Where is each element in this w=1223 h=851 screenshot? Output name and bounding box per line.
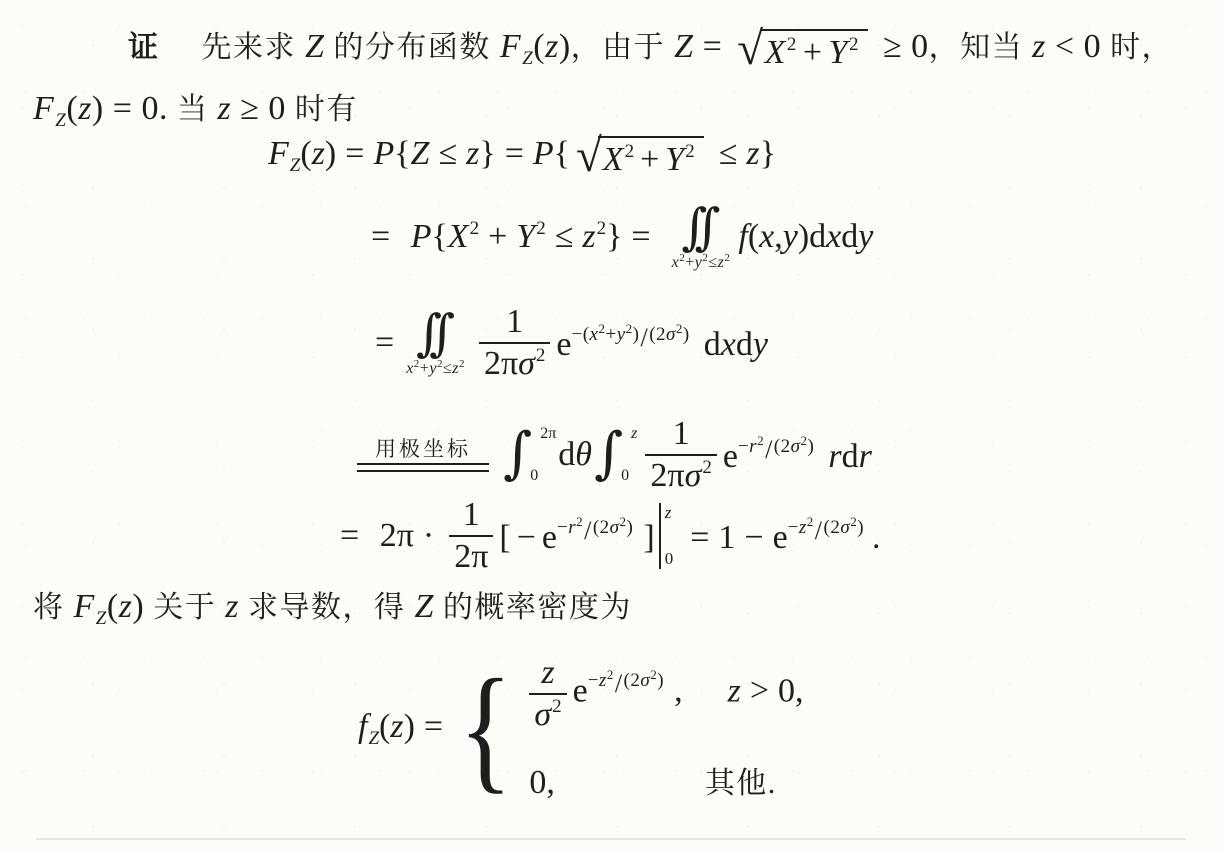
integral-limits: z0 (623, 426, 637, 484)
double-rule (357, 463, 489, 472)
denominator: 2π (449, 535, 493, 575)
tok: P (373, 135, 394, 172)
tok: r (749, 436, 757, 457)
display-equation-5: = 2π· 12π [−e−r2/(2σ2)] z0 =1−e−z2/(2σ2)… (340, 497, 881, 574)
equals-sign: = (340, 517, 359, 554)
tok: 2 (724, 252, 730, 264)
tok: + (605, 324, 616, 345)
tok: Z (368, 728, 379, 749)
equals-sign: = (371, 218, 390, 255)
integral-limits: 2π0 (532, 426, 556, 484)
equals-sign: = (703, 28, 723, 65)
exponent: −r2/(2σ2) (557, 517, 633, 538)
cases-brace: { (459, 673, 513, 785)
text-run: 求导数，得 (239, 591, 415, 624)
text-run: 其他. (705, 767, 777, 800)
denominator: 2πσ2 (645, 454, 716, 494)
tok: z (225, 588, 239, 625)
tok: r (568, 517, 576, 538)
math-run: e−r2/(2σ2)rdr (723, 433, 872, 476)
tok: 2 (576, 514, 583, 529)
display-equation-4: 用极坐标 ∫2π0 dθ ∫z0 12πσ2 e−r2/(2σ2)rdr (357, 416, 872, 493)
tok: } (479, 135, 495, 172)
tok: . (872, 519, 881, 556)
tok: r (828, 438, 841, 475)
integral-symbol: ∫ (503, 429, 532, 479)
tok: } (606, 218, 622, 255)
integral-symbol: ∫ (694, 202, 720, 252)
tok: − (788, 517, 799, 538)
numerator: 1 (501, 304, 528, 342)
tok: Z (305, 28, 324, 65)
tok: f (358, 708, 367, 745)
tok: z (582, 218, 595, 255)
double-integral-symbol: ∫∫ (416, 308, 455, 358)
tok: z (631, 425, 637, 442)
tok: y (429, 360, 437, 377)
double-integral: ∫∫x2+y2≤z2 (672, 202, 731, 272)
tok: , (546, 764, 555, 801)
tok: ( (533, 28, 545, 65)
tok: e (773, 519, 788, 556)
tok: ( (748, 218, 759, 255)
math-run: = (375, 324, 394, 362)
tok: F (74, 588, 95, 625)
tok: ) (132, 588, 144, 625)
text-run: ，由于 (571, 31, 675, 64)
equals-sign: = (690, 519, 709, 556)
tok: 1 (673, 415, 690, 452)
equals-sign: = (505, 135, 524, 172)
fraction: 12π (449, 497, 493, 574)
tok: y (617, 324, 626, 345)
tok: 2 (600, 517, 610, 538)
tok: σ (640, 670, 650, 691)
math-run: =1−e−z2/(2σ2). (681, 514, 880, 557)
tok: 2 (630, 670, 640, 691)
tok: d (736, 326, 753, 363)
tok: 2 (849, 34, 859, 55)
display-equation-1: FZ(z)=P{Z≤z}=P{√X2+Y2≤z} (268, 132, 776, 183)
tok: x (826, 218, 841, 255)
tok: 0 (268, 90, 286, 127)
tok: 2 (620, 514, 627, 529)
tok: e (556, 326, 571, 363)
tok: < (1055, 28, 1075, 65)
tok: e (542, 519, 557, 556)
tok: z (452, 360, 459, 377)
tok: e (723, 438, 738, 475)
radical-sign: √ (737, 26, 763, 73)
case-row-otherwise: 0,其他. (529, 758, 803, 802)
tok: ≥ (240, 90, 259, 127)
tok: ≥ (883, 28, 902, 65)
display-equation-3: = ∫∫x2+y2≤z2 12πσ2 e−(x2+y2)/(2σ2)dxdy (375, 304, 768, 381)
density-paragraph: 将 FZ(z) 关于 z 求导数，得 Z 的概率密度为 (33, 584, 632, 632)
tok: x (759, 218, 774, 255)
tok: Z (414, 588, 433, 625)
tok: ) (404, 708, 415, 745)
tok: Z (674, 28, 693, 65)
tok: − (744, 519, 763, 556)
tok: ( (593, 517, 600, 538)
double-integral: ∫∫x2+y2≤z2 (406, 308, 465, 378)
tok: 2 (459, 358, 465, 370)
tok: { (431, 218, 447, 255)
fraction: zσ2 (529, 655, 566, 732)
integral-symbol: ∫ (429, 308, 455, 358)
tok: { (394, 135, 410, 172)
text-run: 将 (33, 591, 74, 624)
tok: 2 (830, 517, 840, 538)
tok: . (159, 90, 168, 127)
tok: d (841, 218, 858, 255)
tok: 2 (607, 667, 614, 682)
tok: σ (666, 324, 676, 345)
math-run: fZ(z)= (358, 708, 452, 750)
tok: ) (627, 517, 634, 538)
fraction: 12πσ2 (645, 416, 716, 493)
text-run: 的分布函数 (324, 31, 500, 64)
display-equation-6: fZ(z)= { zσ2e−z2/(2σ2),z>0, 0,其他. (358, 655, 804, 802)
integral-theta: ∫2π0 (503, 424, 556, 486)
tok: Z (522, 48, 533, 69)
tok: θ (575, 436, 592, 473)
double-integral-symbol: ∫∫ (681, 202, 720, 252)
numerator: 1 (458, 497, 485, 535)
tok: 2 (801, 433, 808, 448)
tok: − (738, 436, 749, 457)
tok: , (795, 672, 804, 709)
tok: F (268, 135, 289, 172)
tok: 2π (484, 345, 518, 382)
tok: 1 (718, 519, 735, 556)
integral-symbol: ∫ (594, 429, 623, 479)
tok: z (78, 90, 92, 127)
text-run: 时， (1101, 31, 1173, 64)
tok: 0 (778, 672, 795, 709)
tok: 0 (141, 90, 159, 127)
proof-intro-line-2: FZ(z)=0. 当 z≥0 时有 (33, 86, 358, 134)
tok: 2π (454, 538, 488, 575)
tok: 2 (536, 218, 546, 239)
integral-region: x2+y2≤z2 (672, 252, 731, 272)
tok: ) (559, 28, 571, 65)
equals-sign: = (375, 324, 394, 361)
tok: Z (290, 155, 301, 176)
tok: 1 (506, 303, 523, 340)
tok: − (572, 324, 583, 345)
text-run: 关于 (144, 591, 225, 624)
text-run: ，知当 (929, 31, 1033, 64)
tok: d (558, 436, 575, 473)
tok: > (750, 672, 769, 709)
subscript: Z (290, 155, 301, 176)
tok: ) (683, 324, 690, 345)
tok: z (541, 654, 554, 691)
tok: 2 (626, 321, 633, 336)
tok: ] (643, 519, 654, 556)
subscript: Z (96, 608, 107, 629)
evaluation-bar: z0 (659, 503, 674, 569)
denominator: 2πσ2 (479, 342, 550, 382)
tok: σ (610, 517, 620, 538)
tok: σ (791, 436, 801, 457)
subscript: Z (522, 48, 533, 69)
tok: ( (379, 708, 390, 745)
upper-limit: z (631, 426, 637, 442)
tok: z (746, 135, 759, 172)
page-bottom-rule (36, 838, 1186, 840)
tok: ( (583, 324, 590, 345)
tok: f (738, 218, 747, 255)
tok: x (721, 326, 736, 363)
equals-sign: = (424, 708, 443, 745)
tok: e (573, 672, 588, 709)
tok: ) (633, 324, 640, 345)
polar-annotation: 用极坐标 (375, 437, 471, 461)
tok: z (599, 670, 607, 691)
tok: ( (300, 135, 311, 172)
tok: σ (534, 696, 551, 733)
annotated-equals: 用极坐标 (357, 437, 489, 472)
textbook-page: 证先来求 Z 的分布函数 FZ(z)，由于 Z=√X2+Y2≥0，知当 z<0 … (0, 0, 1223, 851)
tok: z (217, 90, 231, 127)
tok: + (488, 218, 507, 255)
tok: 2 (676, 321, 683, 336)
math-run: = 2π· (340, 517, 443, 555)
math-run: dθ (558, 436, 592, 474)
tok: Z (96, 608, 107, 629)
tok: 2 (685, 141, 695, 162)
subscript: Z (55, 110, 66, 131)
tok: σ (518, 345, 535, 382)
tok: + (420, 360, 430, 377)
tok: z (1032, 28, 1046, 65)
tok: Y (665, 141, 684, 178)
tok: 2 (597, 218, 607, 239)
spacer (365, 517, 374, 554)
tok: ) (798, 218, 809, 255)
tok: z (312, 135, 325, 172)
tok: ≤ (555, 218, 574, 255)
tok: F (500, 28, 521, 65)
tok: y (858, 218, 873, 255)
proof-intro-line-1: 证先来求 Z 的分布函数 FZ(z)，由于 Z=√X2+Y2≥0，知当 z<0 … (128, 24, 1173, 76)
sqrt-radical: √X2+Y2 (737, 29, 868, 76)
tok: y (783, 218, 798, 255)
tok: − (557, 517, 568, 538)
tok: Z (411, 135, 430, 172)
tok: / (584, 516, 592, 545)
subscript: Z (368, 728, 379, 749)
tok: Y (829, 34, 848, 71)
tok: r (859, 438, 872, 475)
lower-limit: 0 (530, 468, 556, 484)
math-run: [−e−r2/(2σ2)] (499, 514, 654, 557)
tok: ≤ (719, 135, 738, 172)
tok: ( (107, 588, 119, 625)
tok: , (674, 672, 683, 709)
text-run: 先来求 (202, 31, 306, 64)
tok: · (423, 517, 434, 554)
tok: 0 (529, 764, 546, 801)
case-row-positive: zσ2e−z2/(2σ2),z>0, (529, 655, 803, 732)
tok: X (448, 218, 469, 255)
tok: ) (92, 90, 104, 127)
tok: / (815, 516, 823, 545)
sqrt-radical: √X2+Y2 (576, 136, 704, 183)
tok: ≤ (708, 254, 717, 271)
radical-sign: √ (576, 133, 602, 180)
text-run: 的概率密度为 (434, 591, 632, 624)
tok: + (803, 34, 823, 71)
tok: / (765, 435, 773, 464)
numerator: 1 (668, 416, 695, 454)
numerator: z (536, 655, 559, 693)
integral-region: x2+y2≤z2 (406, 358, 465, 378)
tok: Y (516, 218, 535, 255)
exponent: −r2/(2σ2) (738, 436, 814, 457)
tok: 2π (650, 457, 684, 494)
tok: 2π (380, 517, 414, 554)
lower-limit: 0 (621, 468, 637, 484)
tok: 0 (911, 28, 929, 65)
tok: X (765, 34, 786, 71)
tok: 2 (702, 457, 712, 478)
tok: z (545, 28, 559, 65)
radicand: X2+Y2 (598, 136, 704, 178)
tok: − (588, 670, 599, 691)
equals-sign: = (345, 135, 364, 172)
text-run: 时有 (286, 93, 358, 126)
tok: / (615, 669, 623, 698)
tok: 2 (781, 436, 791, 457)
tok: z (119, 588, 133, 625)
tok: P (533, 135, 554, 172)
equals-sign: = (631, 218, 650, 255)
tok: 2 (656, 324, 666, 345)
tok: 2 (787, 34, 797, 55)
tok: 2 (470, 218, 480, 239)
integral-r: ∫z0 (594, 424, 637, 486)
tok: ≤ (438, 135, 457, 172)
tok: X (603, 141, 624, 178)
tok: ( (774, 436, 781, 457)
math-run: = P{X2+Y2≤z2}= (371, 218, 660, 256)
tok: σ (685, 457, 702, 494)
tok: 2 (536, 345, 546, 366)
tok: ) (325, 135, 336, 172)
display-equation-2: = P{X2+Y2≤z2}= ∫∫x2+y2≤z2 f(x,y)dxdy (371, 202, 873, 272)
math-run: e−(x2+y2)/(2σ2)dxdy (556, 321, 768, 364)
tok: Z (55, 110, 66, 131)
tok: − (517, 519, 536, 556)
tok: P (411, 218, 432, 255)
tok: F (33, 90, 54, 127)
tok: + (640, 141, 659, 178)
tok: ) (657, 670, 664, 691)
tok: y (753, 326, 768, 363)
lower-limit: 0 (665, 549, 674, 569)
tok: [ (499, 519, 510, 556)
upper-limit: 2π (540, 426, 556, 442)
upper-limit: z (665, 503, 674, 523)
tok (396, 218, 405, 255)
tok: , (774, 218, 783, 255)
tok: 2 (807, 514, 814, 529)
tok: d (842, 438, 859, 475)
exponent: −z2/(2σ2) (588, 670, 664, 691)
tok: 2 (757, 433, 764, 448)
tok: / (640, 323, 648, 352)
radicand: X2+Y2 (760, 29, 868, 71)
tok: z (799, 517, 807, 538)
tok: σ (840, 517, 850, 538)
denominator: σ2 (529, 693, 566, 733)
tok: ) (808, 436, 815, 457)
cases-rows: zσ2e−z2/(2σ2),z>0, 0,其他. (529, 655, 803, 802)
text-run: 当 (168, 93, 218, 126)
tok: ≤ (443, 360, 452, 377)
fraction: 12πσ2 (479, 304, 550, 381)
tok: d (704, 326, 721, 363)
tok: z (466, 135, 479, 172)
tok: ( (66, 90, 78, 127)
tok: z (390, 708, 403, 745)
tok: { (554, 135, 570, 172)
tok: z (728, 672, 741, 709)
exponent: −(x2+y2)/(2σ2) (572, 324, 690, 345)
equals-sign: = (113, 90, 133, 127)
tok: 0 (1084, 28, 1102, 65)
exponent: −z2/(2σ2) (788, 517, 864, 538)
tok: d (809, 218, 826, 255)
tok: 2 (552, 696, 562, 717)
tok: + (685, 254, 695, 271)
proof-label: 证 (128, 31, 160, 64)
math-run: f(x,y)dxdy (738, 218, 873, 256)
tok: x (406, 360, 414, 377)
tok: 1 (463, 496, 480, 533)
tok: } (760, 135, 776, 172)
tok: 2 (625, 141, 635, 162)
tok: ( (649, 324, 656, 345)
tok: ) (857, 517, 864, 538)
